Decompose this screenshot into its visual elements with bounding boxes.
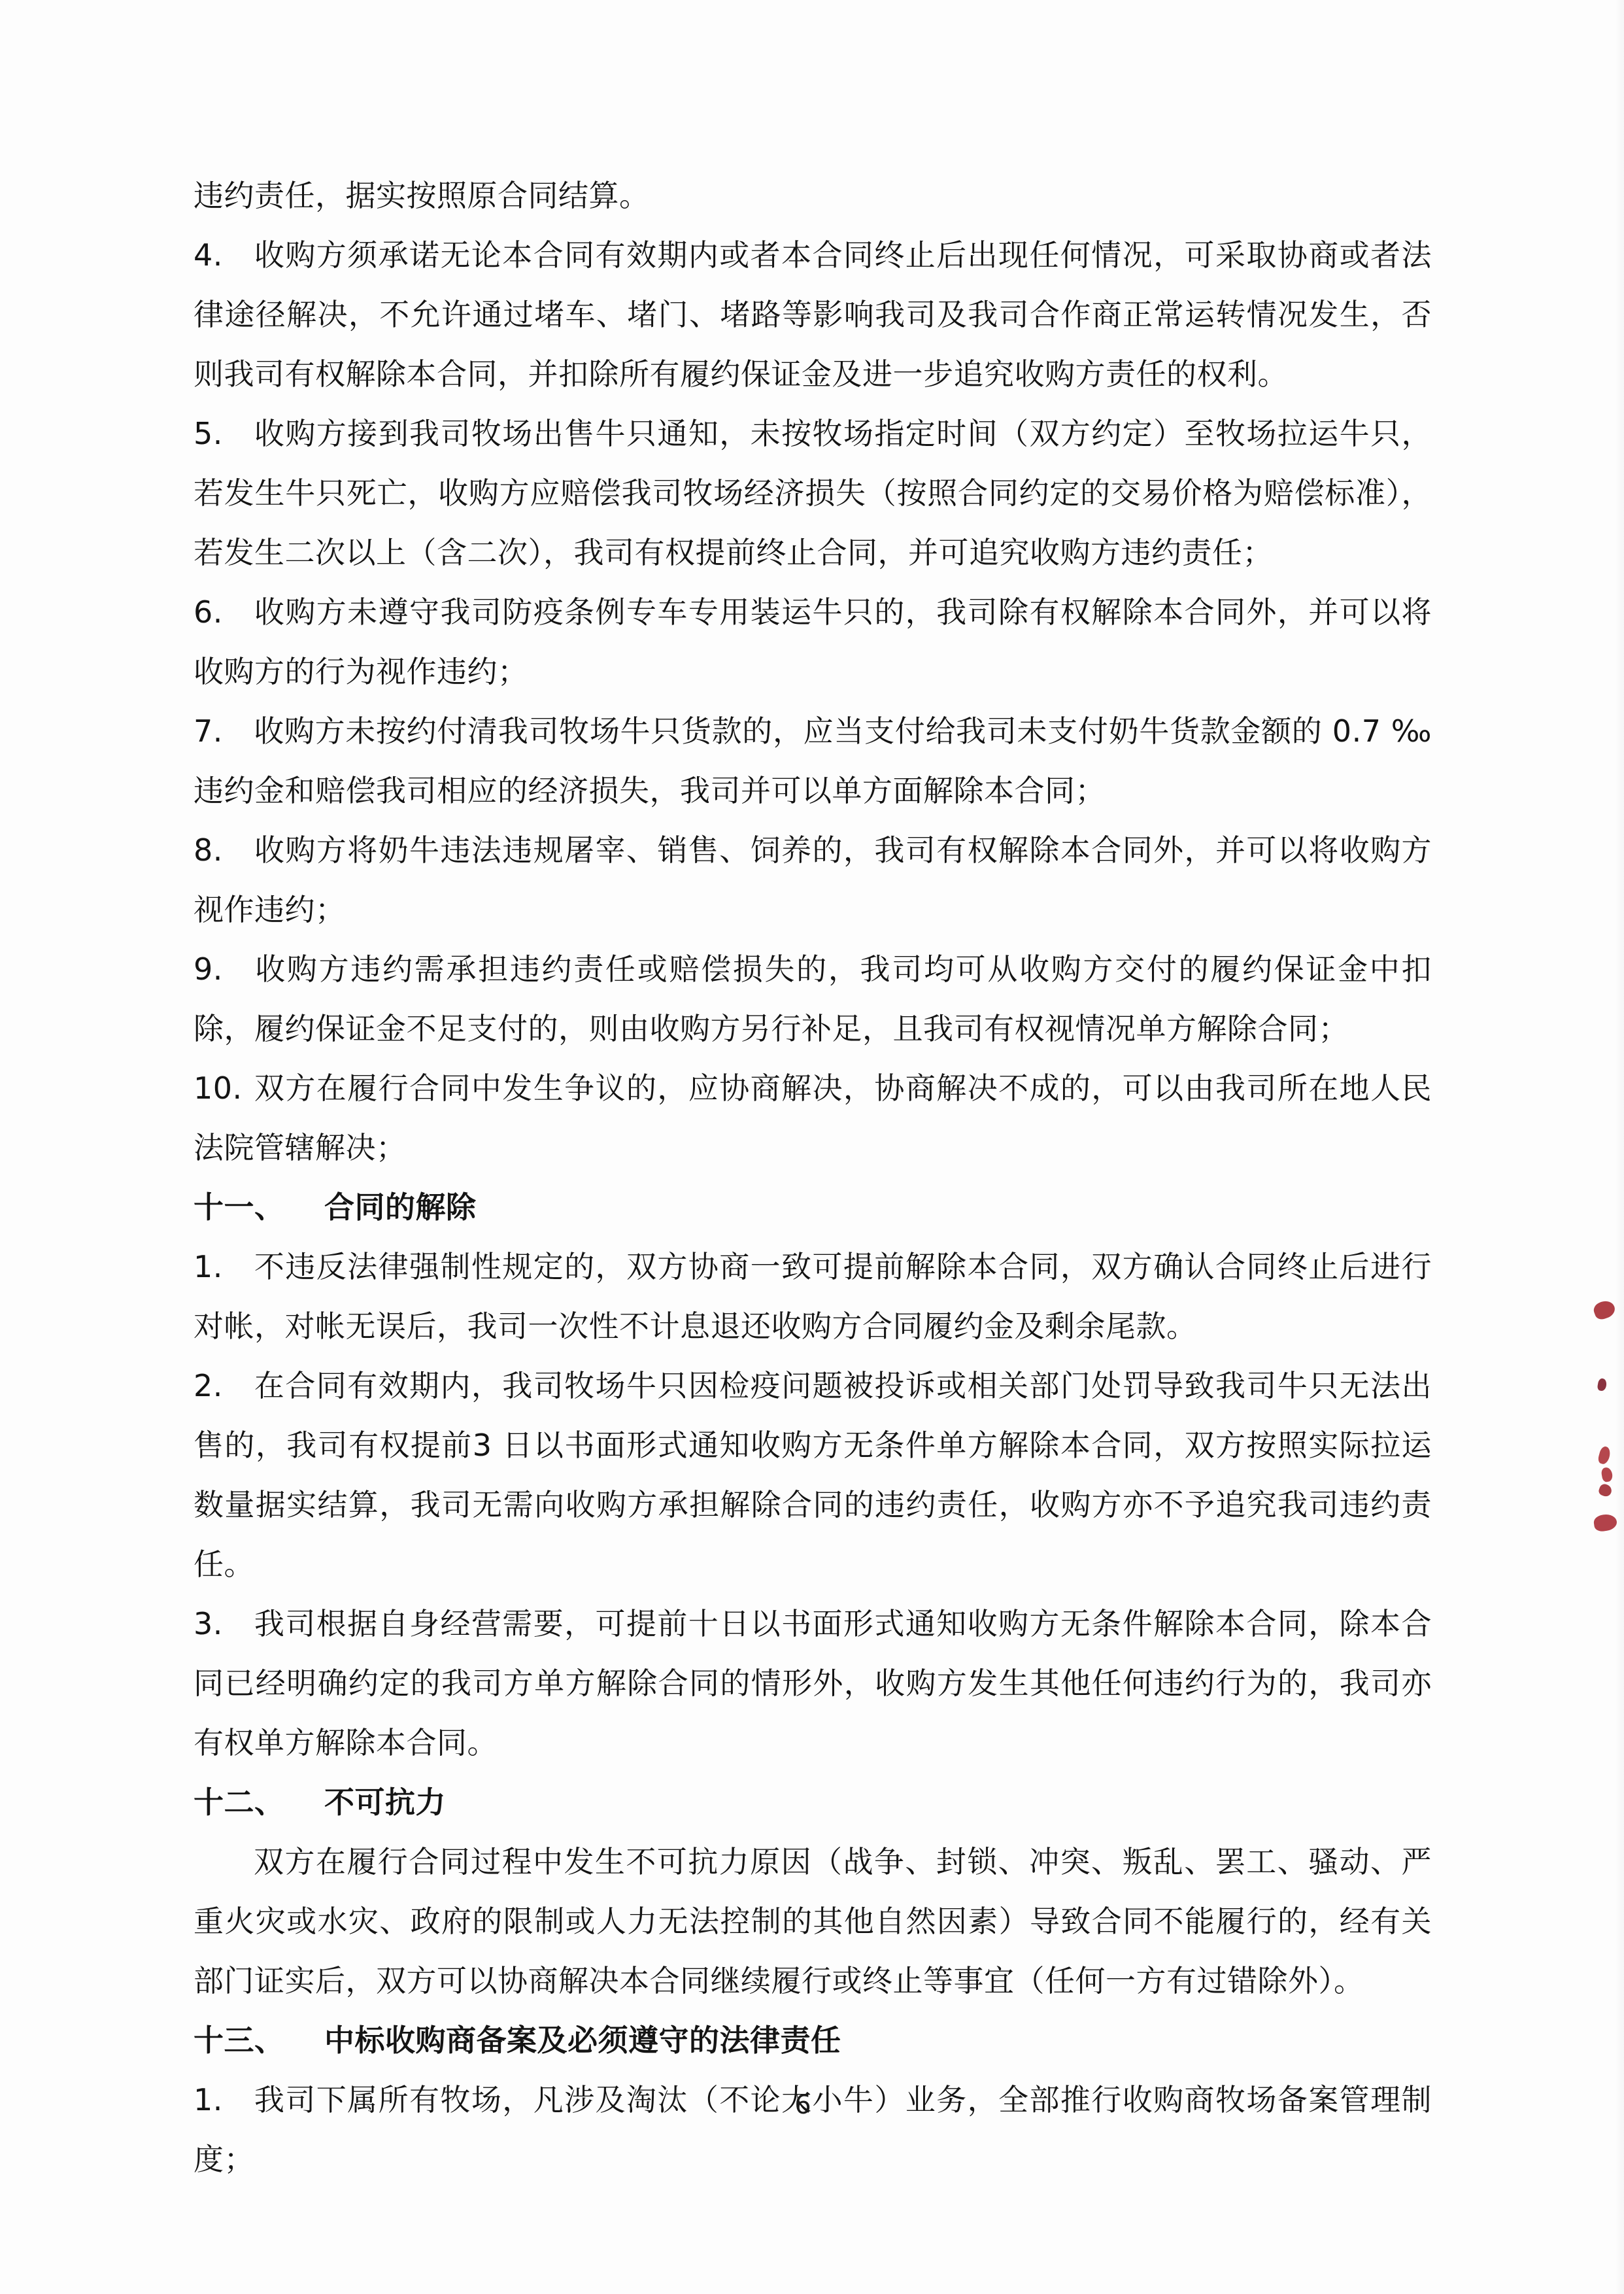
contract-paragraph: 7.收购方未按约付清我司牧场牛只货款的，应当支付给我司未支付奶牛货款金额的 0.…: [194, 702, 1432, 821]
contract-paragraph: 双方在履行合同过程中发生不可抗力原因（战争、封锁、冲突、叛乱、罢工、骚动、严重火…: [194, 1832, 1432, 2011]
red-ink-mark: [1593, 1513, 1617, 1533]
contract-paragraph: 8.收购方将奶牛违法违规屠宰、销售、饲养的，我司有权解除本合同外，并可以将收购方…: [194, 821, 1432, 940]
contract-paragraph: 6.收购方未遵守我司防疫条例专车专用装运牛只的，我司除有权解除本合同外，并可以将…: [194, 583, 1432, 702]
section-heading: 十三、中标收购商备案及必须遵守的法律责任: [194, 2011, 1432, 2070]
paragraph-text: 双方在履行合同过程中发生不可抗力原因（战争、封锁、冲突、叛乱、罢工、骚动、严重火…: [194, 1844, 1432, 1998]
paragraph-text: 收购方未遵守我司防疫条例专车专用装运牛只的，我司除有权解除本合同外，并可以将收购…: [194, 594, 1432, 689]
paragraph-text: 收购方违约需承担违约责任或赔偿损失的，我司均可从收购方交付的履约保证金中扣除，履…: [194, 951, 1432, 1046]
paragraph-text: 收购方未按约付清我司牧场牛只货款的，应当支付给我司未支付奶牛货款金额的 0.7 …: [194, 713, 1432, 808]
item-number: 十三、: [194, 2011, 324, 2070]
red-ink-mark: [1597, 1378, 1607, 1392]
paragraph-text: 我司根据自身经营需要，可提前十日以书面形式通知收购方无条件解除本合同，除本合同已…: [194, 1606, 1432, 1760]
contract-paragraph: 9.收购方违约需承担违约责任或赔偿损失的，我司均可从收购方交付的履约保证金中扣除…: [194, 940, 1432, 1059]
item-number: 7.: [194, 702, 254, 761]
contract-paragraph: 5.收购方接到我司牧场出售牛只通知，未按牧场指定时间（双方约定）至牧场拉运牛只，…: [194, 404, 1432, 583]
item-number: 8.: [194, 821, 254, 880]
item-number: 3.: [194, 1594, 254, 1654]
contract-paragraph: 2.在合同有效期内，我司牧场牛只因检疫问题被投诉或相关部门处罚导致我司牛只无法出…: [194, 1356, 1432, 1594]
contract-paragraph: 违约责任，据实按照原合同结算。: [194, 166, 1432, 226]
paragraph-text: 收购方须承诺无论本合同有效期内或者本合同终止后出现任何情况，可采取协商或者法律途…: [194, 237, 1432, 392]
contract-paragraph: 1.不违反法律强制性规定的，双方协商一致可提前解除本合同，双方确认合同终止后进行…: [194, 1237, 1432, 1356]
item-number: 5.: [194, 404, 254, 464]
document-page: 违约责任，据实按照原合同结算。4.收购方须承诺无论本合同有效期内或者本合同终止后…: [0, 0, 1624, 2294]
paragraph-text: 双方在履行合同中发生争议的，应协商解决，协商解决不成的，可以由我司所在地人民法院…: [194, 1070, 1432, 1165]
item-number: 十一、: [194, 1178, 324, 1237]
paragraph-text: 不可抗力: [324, 1785, 446, 1820]
red-ink-mark: [1597, 1445, 1612, 1465]
item-number: 十二、: [194, 1773, 324, 1832]
paragraph-text: 收购方接到我司牧场出售牛只通知，未按牧场指定时间（双方约定）至牧场拉运牛只，若发…: [194, 416, 1432, 570]
contract-paragraph: 1.我司下属所有牧场，凡涉及淘汰（不论大小牛）业务，全部推行收购商牧场备案管理制…: [194, 2070, 1432, 2189]
section-heading: 十一、合同的解除: [194, 1178, 1432, 1237]
paragraph-text: 中标收购商备案及必须遵守的法律责任: [324, 2023, 841, 2058]
paragraph-text: 违约责任，据实按照原合同结算。: [194, 178, 650, 213]
item-number: 6.: [194, 583, 254, 642]
red-ink-mark: [1597, 1482, 1613, 1498]
paragraph-text: 收购方将奶牛违法违规屠宰、销售、饲养的，我司有权解除本合同外，并可以将收购方视作…: [194, 832, 1432, 927]
contract-paragraph: 4.收购方须承诺无论本合同有效期内或者本合同终止后出现任何情况，可采取协商或者法…: [194, 226, 1432, 404]
contract-paragraph: 10.双方在履行合同中发生争议的，应协商解决，协商解决不成的，可以由我司所在地人…: [194, 1059, 1432, 1178]
item-number: 9.: [194, 940, 254, 999]
contract-body: 违约责任，据实按照原合同结算。4.收购方须承诺无论本合同有效期内或者本合同终止后…: [194, 166, 1432, 2189]
red-ink-mark: [1600, 1467, 1614, 1482]
item-number: 1.: [194, 1237, 254, 1297]
paragraph-text: 在合同有效期内，我司牧场牛只因检疫问题被投诉或相关部门处罚导致我司牛只无法出售的…: [194, 1368, 1432, 1582]
item-number: 4.: [194, 226, 254, 285]
paragraph-text: 不违反法律强制性规定的，双方协商一致可提前解除本合同，双方确认合同终止后进行对帐…: [194, 1249, 1432, 1344]
paragraph-text: 合同的解除: [324, 1190, 477, 1225]
red-ink-mark: [1592, 1298, 1617, 1321]
item-number: 2.: [194, 1356, 254, 1416]
scan-edge-shadow: [1615, 0, 1624, 2294]
page-number: 6: [0, 2090, 1615, 2120]
contract-paragraph: 3.我司根据自身经营需要，可提前十日以书面形式通知收购方无条件解除本合同，除本合…: [194, 1594, 1432, 1773]
item-number: 10.: [194, 1059, 254, 1118]
section-heading: 十二、不可抗力: [194, 1773, 1432, 1832]
